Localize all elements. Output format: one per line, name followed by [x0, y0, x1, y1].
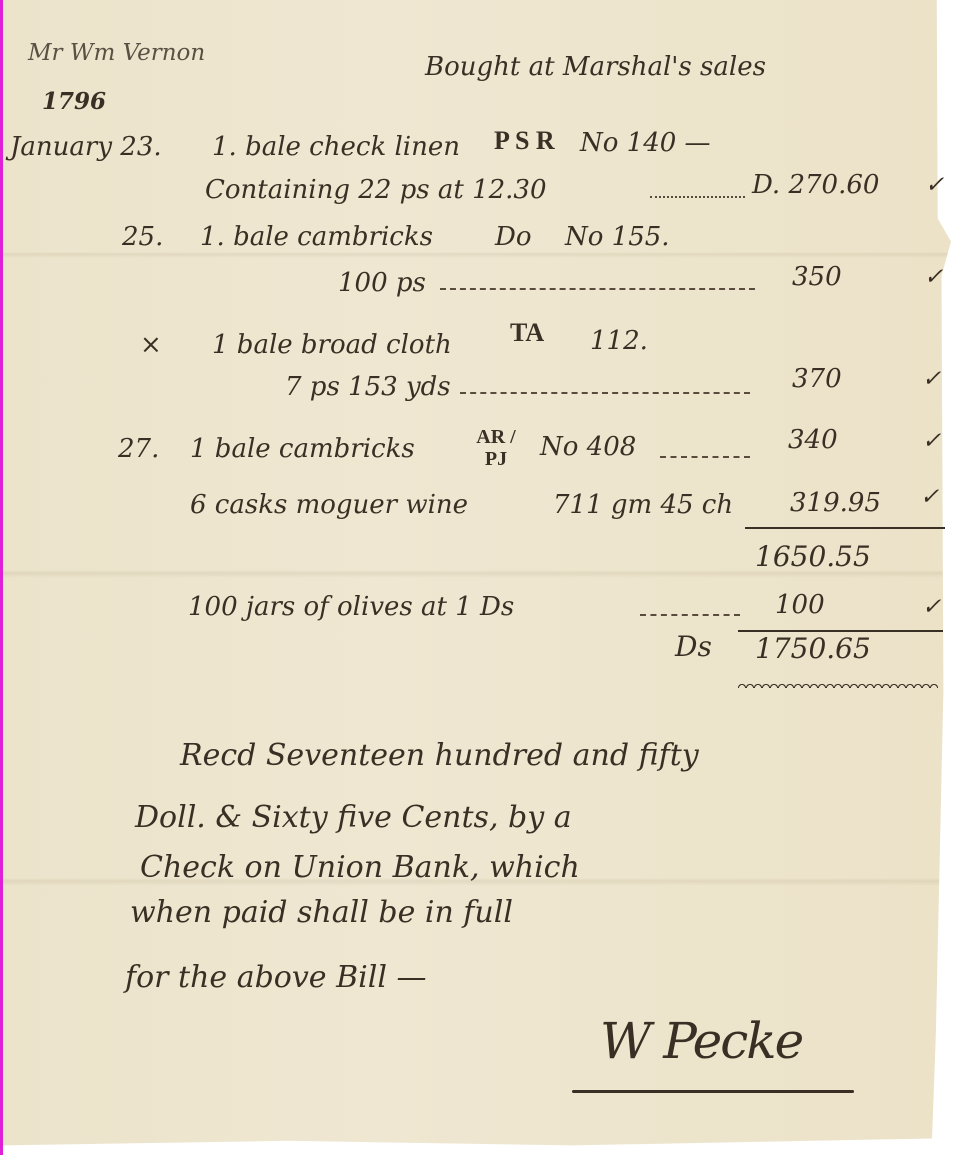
addressee: Mr Wm Vernon	[28, 40, 205, 66]
signature: W Pecke	[600, 1012, 802, 1070]
entry-amount: 340	[788, 425, 838, 455]
check-mark: ✓	[922, 594, 941, 620]
entry-description: 1. bale cambricks	[200, 222, 433, 252]
check-mark: ✓	[920, 484, 939, 510]
entry-detail: 100 ps	[338, 268, 426, 298]
entry-detail: 7 ps 153 yds	[285, 372, 451, 402]
entry-number: No 408	[540, 432, 636, 462]
subtotal-amount: 1650.55	[755, 540, 871, 573]
leader-dots	[460, 392, 750, 394]
receipt-line: Check on Union Bank, which	[140, 850, 580, 885]
entry-mark: P S R	[494, 126, 555, 156]
entry-amount: 350	[792, 262, 842, 292]
entry-number: 112.	[590, 326, 648, 356]
scan-edge	[0, 0, 3, 1155]
check-mark: ✓	[925, 172, 944, 198]
entry-description: 1 bale broad cloth	[212, 330, 452, 360]
check-mark: ✓	[922, 428, 941, 454]
entry-date: 25.	[122, 222, 163, 252]
entry-amount: 319.95	[790, 488, 881, 518]
entry-number: No 155.	[565, 222, 670, 252]
entry-date: January 23.	[10, 132, 162, 162]
entry-description: 1. bale check linen	[212, 132, 460, 162]
entry-mark: AR / PJ	[476, 426, 516, 470]
flourish-underline	[738, 682, 938, 688]
entry-number: No 140 —	[580, 128, 711, 158]
entry-detail: 711 gm 45 ch	[553, 490, 733, 520]
entry-date: 27.	[118, 434, 159, 464]
entry-mark: TA	[510, 318, 544, 348]
document-title: Bought at Marshal's sales	[425, 52, 766, 82]
receipt-line: Doll. & Sixty five Cents, by a	[135, 800, 572, 835]
entry-amount: 370	[792, 364, 842, 394]
total-label: Ds	[675, 630, 712, 663]
entry-description: 1 bale cambricks	[190, 434, 415, 464]
receipt-line: Recd Seventeen hundred and fifty	[180, 738, 699, 773]
leader-dots	[640, 614, 740, 616]
entry-description: 6 casks moguer wine	[190, 490, 468, 520]
entry-description: 100 jars of olives at 1 Ds	[188, 592, 514, 622]
leader-dots	[650, 196, 745, 198]
entry-detail: Containing 22 ps at 12.30	[205, 175, 547, 205]
check-mark: ✓	[924, 264, 943, 290]
check-mark: ✓	[922, 366, 941, 392]
leader-dots	[440, 288, 755, 290]
entry-amount: D. 270.60	[752, 170, 879, 200]
receipt-line: when paid shall be in full	[130, 895, 513, 930]
receipt-line: for the above Bill —	[125, 960, 426, 995]
total-amount: 1750.65	[755, 632, 871, 665]
signature-underline	[572, 1090, 854, 1093]
entry-mark: Do	[495, 222, 532, 252]
subtotal-rule	[745, 527, 945, 529]
leader-dots	[660, 456, 750, 458]
entry-marker: ×	[140, 330, 162, 360]
year: 1796	[42, 88, 106, 115]
entry-amount: 100	[775, 590, 825, 620]
